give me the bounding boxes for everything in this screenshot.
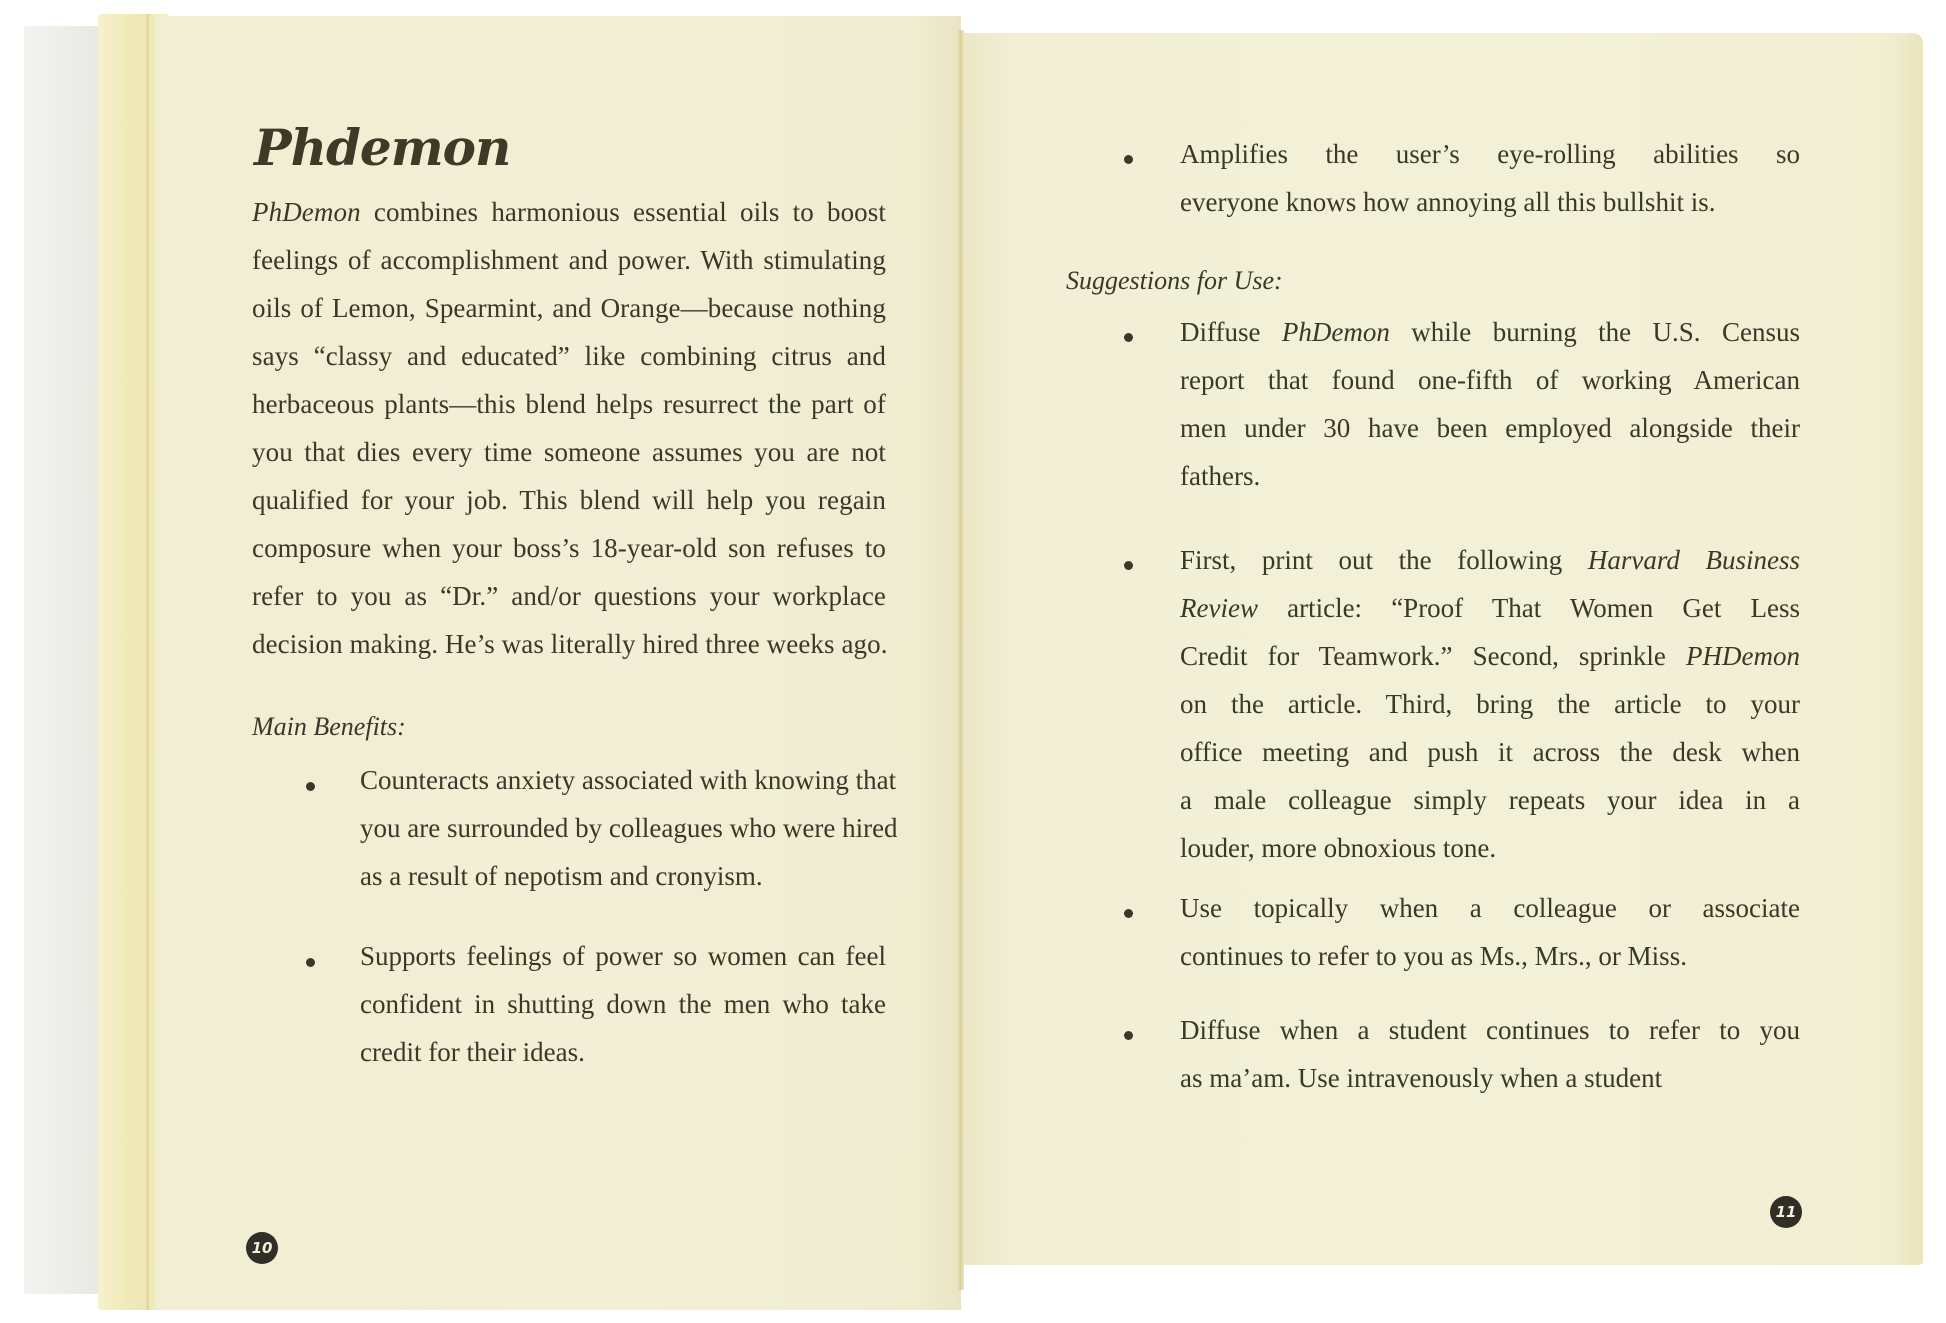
text-run: First, print out the following <box>1180 545 1588 575</box>
bullet-icon <box>306 958 315 967</box>
page-number-badge: 11 <box>1770 1196 1802 1228</box>
text-run: louder, more obnoxious tone. <box>1180 833 1496 863</box>
text-run: office meeting and push it across the de… <box>1180 737 1800 767</box>
text-line: says “classy and educated” like combinin… <box>252 332 886 380</box>
text-run: men under 30 have been employed alongsid… <box>1180 413 1800 443</box>
italic-term: PHDemon <box>1686 641 1800 671</box>
text-run: combines harmonious essential oils to bo… <box>361 197 886 227</box>
text-run: as ma’am. Use intravenously when a stude… <box>1180 1063 1662 1093</box>
suggestion-item: First, print out the following Harvard B… <box>1180 536 1800 872</box>
text-run: report that found one-fifth of working A… <box>1180 365 1800 395</box>
bullet-icon <box>1124 333 1133 342</box>
text-line: credit for their ideas. <box>360 1028 886 1076</box>
bullet-icon <box>1124 909 1133 918</box>
text-line: Diffuse when a student continues to refe… <box>1180 1006 1800 1054</box>
text-run: says “classy and educated” like combinin… <box>252 341 886 371</box>
text-line: decision making. He’s was literally hire… <box>252 620 886 668</box>
text-run: fathers. <box>1180 461 1260 491</box>
bullet-icon <box>1124 1031 1133 1040</box>
text-line: men under 30 have been employed alongsid… <box>1180 404 1800 452</box>
text-line: you are surrounded by colleagues who wer… <box>360 804 886 852</box>
benefit-item-continued: Amplifies the user’s eye-rolling abiliti… <box>1180 130 1800 226</box>
text-run: refer to you as “Dr.” and/or questions y… <box>252 581 886 611</box>
text-run: you that dies every time someone assumes… <box>252 437 886 467</box>
text-line: office meeting and push it across the de… <box>1180 728 1800 776</box>
text-line: Review article: “Proof That Women Get Le… <box>1180 584 1800 632</box>
italic-term: PhDemon <box>252 197 361 227</box>
bullet-icon <box>1124 561 1133 570</box>
benefit-item: Counteracts anxiety associated with know… <box>360 756 886 900</box>
text-run: continues to refer to you as Ms., Mrs., … <box>1180 941 1687 971</box>
intro-paragraph: PhDemon combines harmonious essential oi… <box>252 188 886 668</box>
text-line: a male colleague simply repeats your ide… <box>1180 776 1800 824</box>
text-line: continues to refer to you as Ms., Mrs., … <box>1180 932 1800 980</box>
text-run: oils of Lemon, Spearmint, and Orange—bec… <box>252 293 886 323</box>
text-run: herbaceous plants—this blend helps resur… <box>252 389 886 419</box>
text-line: Supports feelings of power so women can … <box>360 932 886 980</box>
text-run: a male colleague simply repeats your ide… <box>1180 785 1800 815</box>
text-run: Credit for Teamwork.” Second, sprinkle <box>1180 641 1686 671</box>
suggestion-item: Diffuse when a student continues to refe… <box>1180 1006 1800 1102</box>
text-line: herbaceous plants—this blend helps resur… <box>252 380 886 428</box>
text-line: Counteracts anxiety associated with know… <box>360 756 886 804</box>
italic-term: Harvard Business <box>1588 545 1800 575</box>
text-run: decision making. He’s was literally hire… <box>252 629 888 659</box>
text-run: article: “Proof That Women Get Less <box>1258 593 1800 623</box>
text-line: on the article. Third, bring the article… <box>1180 680 1800 728</box>
suggestion-item: Use topically when a colleague or associ… <box>1180 884 1800 980</box>
text-line: First, print out the following Harvard B… <box>1180 536 1800 584</box>
text-run: Use topically when a colleague or associ… <box>1180 893 1800 923</box>
text-line: report that found one-fifth of working A… <box>1180 356 1800 404</box>
text-run: qualified for your job. This blend will … <box>252 485 886 515</box>
text-run: Diffuse <box>1180 317 1282 347</box>
text-run: while burning the U.S. Census <box>1390 317 1800 347</box>
text-run: on the article. Third, bring the article… <box>1180 689 1800 719</box>
text-line: as ma’am. Use intravenously when a stude… <box>1180 1054 1800 1102</box>
italic-term: PhDemon <box>1282 317 1390 347</box>
text-line: refer to you as “Dr.” and/or questions y… <box>252 572 886 620</box>
text-line: qualified for your job. This blend will … <box>252 476 886 524</box>
text-line: as a result of nepotism and cronyism. <box>360 852 886 900</box>
text-run: composure when your boss’s 18-year-old s… <box>252 533 886 563</box>
bullet-icon <box>1124 155 1133 164</box>
text-line: composure when your boss’s 18-year-old s… <box>252 524 886 572</box>
suggestions-heading: Suggestions for Use: <box>1066 266 1283 296</box>
benefit-item: Supports feelings of power so women can … <box>360 932 886 1076</box>
text-line: Amplifies the user’s eye-rolling abiliti… <box>1180 130 1800 178</box>
text-line: confident in shutting down the men who t… <box>360 980 886 1028</box>
text-line: Credit for Teamwork.” Second, sprinkle P… <box>1180 632 1800 680</box>
text-line: louder, more obnoxious tone. <box>1180 824 1800 872</box>
text-line: Diffuse PhDemon while burning the U.S. C… <box>1180 308 1800 356</box>
blend-title: Phdemon <box>254 118 510 177</box>
text-run: feelings of accomplishment and power. Wi… <box>252 245 886 275</box>
text-line: PhDemon combines harmonious essential oi… <box>252 188 886 236</box>
main-benefits-heading: Main Benefits: <box>252 712 406 742</box>
text-line: oils of Lemon, Spearmint, and Orange—bec… <box>252 284 886 332</box>
suggestion-item: Diffuse PhDemon while burning the U.S. C… <box>1180 308 1800 500</box>
text-line: feelings of accomplishment and power. Wi… <box>252 236 886 284</box>
text-run: Diffuse when a student continues to refe… <box>1180 1015 1800 1045</box>
text-line: fathers. <box>1180 452 1800 500</box>
text-line: Use topically when a colleague or associ… <box>1180 884 1800 932</box>
bullet-icon <box>306 782 315 791</box>
text-line: you that dies every time someone assumes… <box>252 428 886 476</box>
page-number-badge: 10 <box>246 1232 278 1264</box>
italic-term: Review <box>1180 593 1258 623</box>
text-line: everyone knows how annoying all this bul… <box>1180 178 1800 226</box>
